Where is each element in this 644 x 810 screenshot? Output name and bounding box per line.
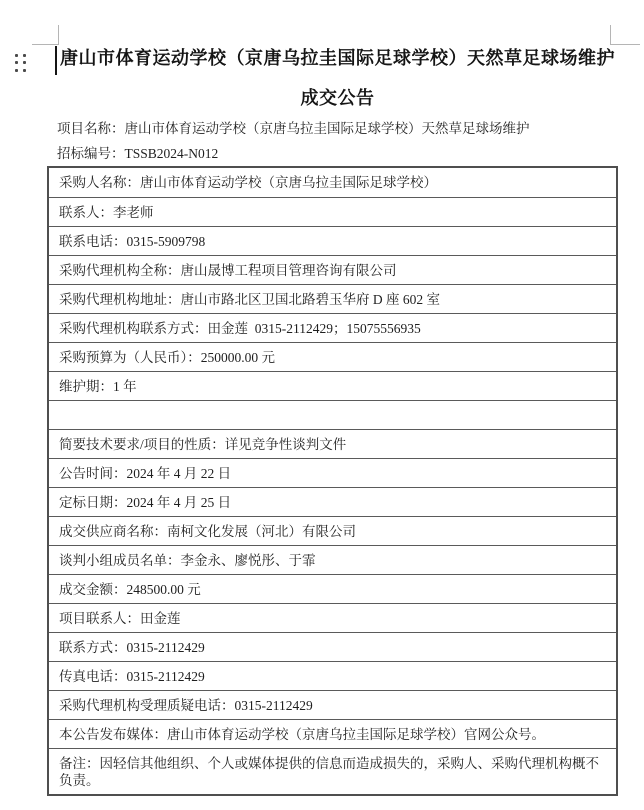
drag-handle-dot bbox=[15, 61, 18, 64]
document-title-line1: 唐山市体育运动学校（京唐乌拉圭国际足球学校）天然草足球场维护 bbox=[58, 43, 617, 73]
table-row: 采购人名称：唐山市体育运动学校（京唐乌拉圭国际足球学校） bbox=[49, 168, 616, 197]
table-row: 成交金额：248500.00 元 bbox=[49, 574, 616, 603]
table-row: 采购预算为（人民币）：250000.00 元 bbox=[49, 342, 616, 371]
table-row: 传真电话：0315-2112429 bbox=[49, 661, 616, 690]
announcement-table: 采购人名称：唐山市体育运动学校（京唐乌拉圭国际足球学校）联系人：李老师联系电话：… bbox=[47, 166, 618, 796]
table-row: 采购代理机构全称：唐山晟博工程项目管理咨询有限公司 bbox=[49, 255, 616, 284]
table-row: 联系人：李老师 bbox=[49, 197, 616, 226]
table-row: 联系电话：0315-5909798 bbox=[49, 226, 616, 255]
document-title-line2: 成交公告 bbox=[58, 83, 617, 113]
table-row: 成交供应商名称：南柯文化发展（河北）有限公司 bbox=[49, 516, 616, 545]
tender-number-line: 招标编号：TSSB2024-N012 bbox=[57, 145, 617, 162]
table-row: 谈判小组成员名单：李金永、廖悦彤、于霏 bbox=[49, 545, 616, 574]
table-row bbox=[49, 400, 616, 429]
table-row: 采购代理机构受理质疑电话：0315-2112429 bbox=[49, 690, 616, 719]
table-row: 本公告发布媒体：唐山市体育运动学校（京唐乌拉圭国际足球学校）官网公众号。 bbox=[49, 719, 616, 748]
table-row: 采购代理机构地址：唐山市路北区卫国北路碧玉华府 D 座 602 室 bbox=[49, 284, 616, 313]
table-row: 联系方式：0315-2112429 bbox=[49, 632, 616, 661]
document-page: { "document": { "title_line1": "唐山市体育运动学… bbox=[0, 0, 644, 810]
text-cursor bbox=[55, 46, 57, 75]
table-row: 定标日期：2024 年 4 月 25 日 bbox=[49, 487, 616, 516]
drag-handle-dot bbox=[15, 69, 18, 72]
table-row: 备注：因轻信其他组织、个人或媒体提供的信息而造成损失的，采购人、采购代理机构概不… bbox=[49, 748, 616, 794]
drag-handle-icon[interactable] bbox=[13, 53, 27, 73]
drag-handle-dot bbox=[23, 61, 26, 64]
table-row: 采购代理机构联系方式：田金莲 0315-2112429；15075556935 bbox=[49, 313, 616, 342]
drag-handle-dot bbox=[23, 69, 26, 72]
table-row: 维护期：1 年 bbox=[49, 371, 616, 400]
page-margin-corner-top-left bbox=[32, 25, 59, 45]
table-row: 公告时间：2024 年 4 月 22 日 bbox=[49, 458, 616, 487]
table-row: 简要技术要求/项目的性质：详见竞争性谈判文件 bbox=[49, 429, 616, 458]
project-name-line: 项目名称：唐山市体育运动学校（京唐乌拉圭国际足球学校）天然草足球场维护 bbox=[57, 120, 617, 137]
table-row: 项目联系人：田金莲 bbox=[49, 603, 616, 632]
drag-handle-dot bbox=[23, 54, 26, 57]
drag-handle-dot bbox=[15, 54, 18, 57]
page-margin-corner-top-right bbox=[610, 25, 640, 45]
